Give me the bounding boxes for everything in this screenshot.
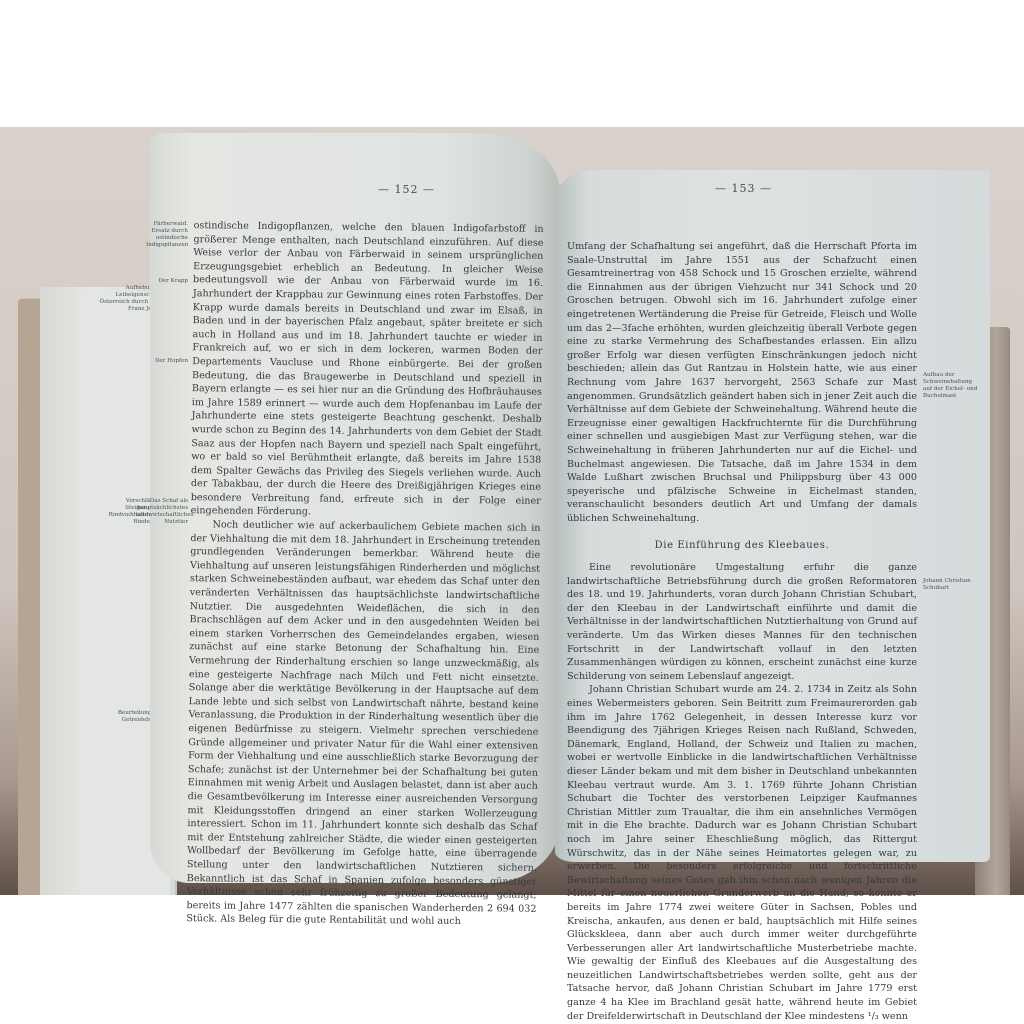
- paragraph: Noch deutlicher wie auf ackerbaulichem G…: [186, 518, 540, 929]
- left-page: — 152 — Färberwaid. Ersatz durch ostindi…: [150, 133, 560, 883]
- margin-note-hopfen: Der Hopfen: [146, 358, 188, 365]
- margin-note-schaf: Das Schaf als hauptsächlichstes landwirt…: [136, 498, 188, 526]
- paragraph: Umfang der Schafhaltung sei angeführt, d…: [567, 240, 917, 525]
- page-number-right: — 153 —: [715, 182, 772, 195]
- right-page: — 153 — Aufbau der Schweinehaltung auf d…: [555, 170, 990, 862]
- margin-note-faerberwaid: Färberwaid. Ersatz durch ostindische Ind…: [146, 221, 188, 249]
- paragraph: Johann Christian Schubart wurde am 24. 2…: [567, 683, 917, 1023]
- paragraph: Eine revolutionäre Umgestaltung erfuhr d…: [567, 561, 917, 683]
- section-heading: Die Einführung des Kleebaues.: [567, 539, 917, 553]
- margin-note-schweinehaltung: Aufbau der Schweinehaltung auf der Eiche…: [923, 372, 981, 400]
- left-page-body: ostindische Indigopflanzen, welche den b…: [186, 219, 543, 930]
- paragraph: ostindische Indigopflanzen, welche den b…: [191, 219, 544, 522]
- right-page-body: Umfang der Schafhaltung sei angeführt, d…: [567, 240, 917, 1023]
- margin-note-schubart: Johann Christian Schubart: [923, 578, 981, 592]
- margin-note-krapp: Der Krapp: [146, 278, 188, 285]
- page-number-left: — 152 —: [378, 183, 435, 196]
